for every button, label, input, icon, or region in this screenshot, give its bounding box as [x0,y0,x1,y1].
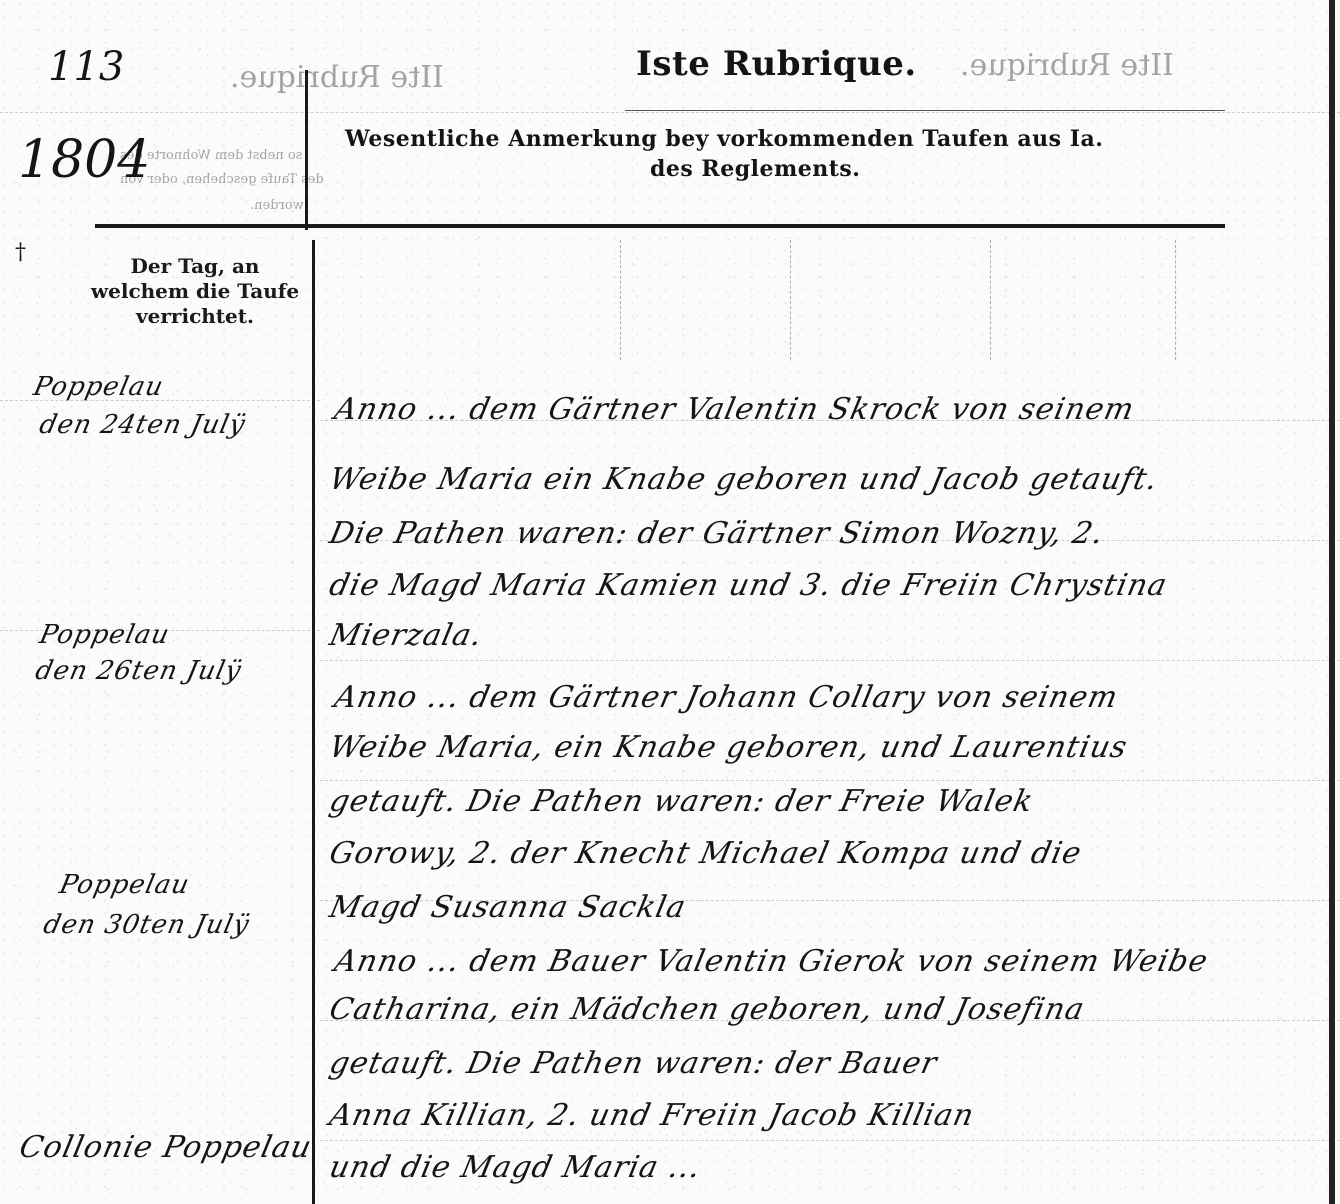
entry-3-date: den 30ten Julÿ [41,910,253,940]
bleed-through-title-right: IIte Rubrique. [960,48,1174,83]
entry-3-line-1: Anno ... dem Bauer Valentin Gierok von s… [331,944,1211,979]
entry-2-place: Poppelau [37,620,173,650]
bleed-through-grid [620,240,621,360]
entry-2-line-4: Gorowy, 2. der Knecht Michael Kompa und … [326,836,1085,871]
bleed-through-grid [790,240,791,360]
column-header-baptism-date: Der Tag, an welchem die Taufe verrichtet… [90,254,300,329]
cross-mark: † [15,240,26,265]
page-edge-line [1329,0,1335,1204]
entry-3-line-5: und die Magd Maria ... [326,1150,704,1185]
rubric-title: Iste Rubrique. [636,44,917,84]
entry-1-line-5: Mierzala. [326,618,486,653]
year-label: 1804 [18,130,150,190]
ruled-line [0,112,1340,113]
entry-3-place: Poppelau [57,870,193,900]
entry-3-line-3: getauft. Die Pathen waren: der Bauer [326,1046,940,1081]
bleed-through-grid [1175,240,1176,360]
ruled-line [320,660,1340,661]
ruled-line [320,1140,1340,1141]
entry-2-line-1: Anno ... dem Gärtner Johann Collary von … [331,680,1121,715]
title-rule [625,110,1225,111]
entry-1-line-1: Anno ... dem Gärtner Valentin Skrock von… [331,392,1137,427]
entry-1-line-2: Weibe Maria ein Knabe geboren und Jacob … [326,462,1161,497]
entry-1-line-4: die Magd Maria Kamien und 3. die Freiin … [326,568,1170,603]
subtitle-line-1: Wesentliche Anmerkung bey vorkommenden T… [345,126,1103,152]
header-rule [95,224,1225,228]
entry-1-place: Poppelau [31,372,167,402]
entry-3-line-4: Anna Killian, 2. und Freiin Jacob Killia… [326,1098,977,1133]
bleed-through-text: worden. [250,198,304,213]
column-divider-line [312,240,315,1204]
entry-1-date: den 24ten Julÿ [37,410,249,440]
bleed-through-text: des Taufe geschehen, oder von [120,172,324,187]
entry-2-line-5: Magd Susanna Sackla [326,890,689,925]
entry-2-date: den 26ten Julÿ [33,656,245,686]
bleed-through-grid [990,240,991,360]
entry-2-line-2: Weibe Maria, ein Knabe geboren, und Laur… [326,730,1131,765]
subtitle-line-2: des Reglements. [650,156,860,182]
entry-1-line-3: Die Pathen waren: der Gärtner Simon Wozn… [326,516,1107,551]
ruled-line [320,780,1340,781]
entry-3-line-2: Catharina, ein Mädchen geboren, und Jose… [326,992,1088,1027]
page-number: 113 [48,44,124,90]
entry-2-line-3: getauft. Die Pathen waren: der Freie Wal… [326,784,1036,819]
entry-4-place: Collonie Poppelau [16,1130,315,1165]
bleed-through-title: IIte Rubrique. [230,60,444,95]
